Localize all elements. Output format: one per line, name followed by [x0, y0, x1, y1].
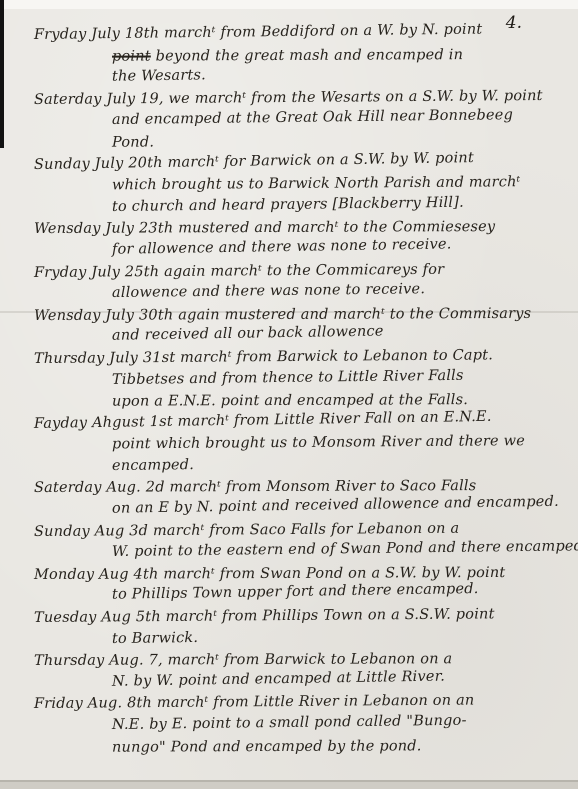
line-text: Thursday July 31st marchᵗ from Barwick t…	[34, 347, 493, 367]
struck-word: point	[112, 48, 151, 64]
scan-top-edge	[0, 0, 578, 9]
line-text: to Phillips Town upper fort and there en…	[112, 581, 479, 603]
line-text: allowence and there was none to receive.	[112, 281, 425, 301]
line-text: Fryday July 25th again marchᵗ to the Com…	[34, 261, 444, 280]
manuscript-line: and encamped at the Great Oak Hill near …	[34, 105, 564, 133]
line-text: and encamped at the Great Oak Hill near …	[112, 108, 513, 129]
line-text: to Barwick.	[112, 630, 198, 647]
line-text: Pond.	[112, 134, 154, 150]
line-text: to church and heard prayers [Blackberry …	[112, 194, 464, 214]
line-text: encamped.	[112, 457, 194, 474]
manuscript-line: Fryday July 18th marchᵗ from Beddiford o…	[34, 19, 564, 47]
line-text: on an E by N. point and received allowen…	[112, 494, 559, 517]
scan-bottom-edge	[0, 780, 578, 789]
line-text: which brought us to Barwick North Parish…	[112, 174, 521, 193]
scan-left-edge-strip	[0, 0, 4, 148]
line-text: N. by W. point and encamped at Little Ri…	[112, 668, 445, 689]
line-text: nungo" Pond and encamped by the pond.	[112, 738, 422, 755]
line-text: Fryday July 18th marchᵗ from Beddiford o…	[34, 22, 483, 43]
line-text: and received all our back allowence	[112, 324, 384, 344]
line-text: Tibbetses and from thence to Little Rive…	[112, 367, 464, 387]
line-text: W. point to the eastern end of Swan Pond…	[112, 538, 578, 560]
scanned-journal-page: 4. Fryday July 18th marchᵗ from Beddifor…	[0, 0, 578, 789]
line-text: Fayday Ahgust 1st marchᵗ from Little Riv…	[34, 409, 492, 432]
manuscript: Fryday July 18th marchᵗ from Beddiford o…	[34, 25, 564, 765]
line-text: N.E. by E. point to a small pond called …	[112, 713, 467, 733]
line-text: Sunday Aug 3d marchᵗ from Saco Falls for…	[34, 520, 459, 539]
line-text: point which brought us to Monsom River a…	[112, 433, 525, 452]
line-text: for allowence and there was none to rece…	[112, 236, 452, 257]
line-text: Friday Aug. 8th marchᵗ from Little River…	[34, 693, 475, 712]
manuscript-line: nungo" Pond and encamped by the pond.	[34, 735, 564, 759]
line-text: the Wesarts.	[112, 67, 206, 84]
line-text: Tuesday Aug 5th marchᵗ from Phillips Tow…	[34, 606, 495, 626]
line-text: Sunday July 20th marchᵗ for Barwick on a…	[34, 150, 474, 173]
